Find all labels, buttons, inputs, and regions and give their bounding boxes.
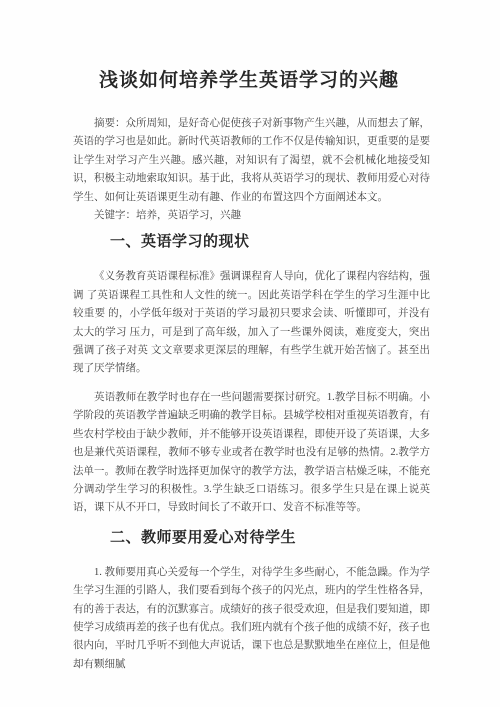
document-title: 浅谈如何培养学生英语学习的兴趣 — [68, 68, 430, 94]
body-paragraph: 《义务教育英语课程标准》强调课程育人导向，优化了课程内容结构，强调 了英语课程工… — [73, 268, 430, 378]
document-page: 浅谈如何培养学生英语学习的兴趣 摘要：众所周知，是好奇心促使孩子对新事物产生兴趣… — [0, 0, 500, 707]
section-2-heading: 二、教师要用爱心对待学生 — [73, 528, 430, 548]
body-paragraph: 英语教师在教学时也存在一些问题需要探讨研究。1.教学目标不明确。小学阶段的英语教… — [73, 389, 430, 518]
body-paragraph: 1. 教师要用真心关爱每一个学生，对待学生多些耐心，不能急躁。作为学生学习生涯的… — [73, 564, 430, 674]
section-teacher-love-students: 二、教师要用爱心对待学生 1. 教师要用真心关爱每一个学生，对待学生多些耐心，不… — [73, 528, 430, 674]
section-1-heading: 一、英语学习的现状 — [73, 232, 430, 252]
abstract-paragraph: 摘要：众所周知，是好奇心促使孩子对新事物产生兴趣，从而想去了解，英语的学习也是如… — [73, 115, 430, 207]
keywords-line: 关键字：培养，英语学习，兴趣 — [73, 207, 430, 225]
section-english-learning-status: 一、英语学习的现状 《义务教育英语课程标准》强调课程育人导向，优化了课程内容结构… — [73, 232, 430, 517]
